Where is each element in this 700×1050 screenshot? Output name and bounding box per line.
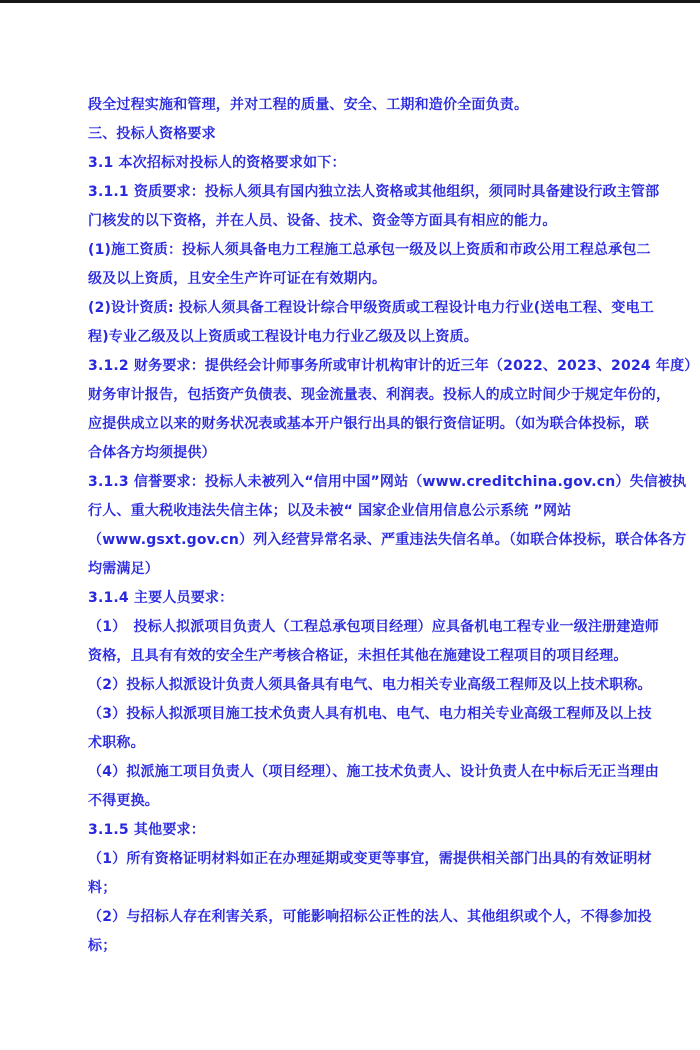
text-line: 程)专业乙级及以上资质或工程设计电力行业乙级及以上资质。 [88, 323, 615, 352]
text-line: 料； [88, 874, 615, 903]
text-line: 3.1.4 主要人员要求： [88, 584, 615, 613]
page-top-border [0, 0, 700, 3]
text-line: 门核发的以下资格，并在人员、设备、技术、资金等方面具有相应的能力。 [88, 207, 615, 236]
text-line: 资格，且具有有效的安全生产考核合格证，未担任其他在施建设工程项目的项目经理。 [88, 642, 615, 671]
text-line: （4）拟派施工项目负责人（项目经理）、施工技术负责人、设计负责人在中标后无正当理… [88, 758, 615, 787]
text-line: 级及以上资质，且安全生产许可证在有效期内。 [88, 265, 615, 294]
section-heading: 三、投标人资格要求 [88, 120, 615, 149]
text-line: (1)施工资质：投标人须具备电力工程施工总承包一级及以上资质和市政公用工程总承包… [88, 236, 615, 265]
text-line: 合体各方均须提供） [88, 439, 615, 468]
text-line: 3.1.1 资质要求：投标人须具有国内独立法人资格或其他组织，须同时具备建设行政… [88, 178, 615, 207]
text-line: 3.1 本次招标对投标人的资格要求如下： [88, 149, 615, 178]
text-line: 3.1.5 其他要求： [88, 816, 615, 845]
text-line: （1）所有资格证明材料如正在办理延期或变更等事宜，需提供相关部门出具的有效证明材 [88, 845, 615, 874]
text-line: 3.1.2 财务要求：提供经会计师事务所或审计机构审计的近三年（2022、202… [88, 352, 615, 381]
text-line: （1） 投标人拟派项目负责人（工程总承包项目经理）应具备机电工程专业一级注册建造… [88, 613, 615, 642]
text-line: 术职称。 [88, 729, 615, 758]
text-line: 行人、重大税收违法失信主体；以及未被“ 国家企业信用信息公示系统 ”网站 [88, 497, 615, 526]
text-line: 3.1.3 信誉要求：投标人未被列入“信用中国”网站（www.creditchi… [88, 468, 615, 497]
text-line: 不得更换。 [88, 787, 615, 816]
text-line: （2）投标人拟派设计负责人须具备具有电气、电力相关专业高级工程师及以上技术职称。 [88, 671, 615, 700]
document-body: 段全过程实施和管理，并对工程的质量、安全、工期和造价全面负责。 三、投标人资格要… [88, 91, 615, 961]
text-line: （2）与招标人存在利害关系，可能影响招标公正性的法人、其他组织或个人，不得参加投 [88, 903, 615, 932]
text-line: 财务审计报告，包括资产负债表、现金流量表、利润表。投标人的成立时间少于规定年份的… [88, 381, 615, 410]
text-line: （www.gsxt.gov.cn）列入经营异常名录、严重违法失信名单。（如联合体… [88, 526, 615, 555]
text-line: （3）投标人拟派项目施工技术负责人具有机电、电气、电力相关专业高级工程师及以上技 [88, 700, 615, 729]
text-line: 段全过程实施和管理，并对工程的质量、安全、工期和造价全面负责。 [88, 91, 615, 120]
document-page: 段全过程实施和管理，并对工程的质量、安全、工期和造价全面负责。 三、投标人资格要… [0, 0, 700, 1050]
text-line: 标； [88, 932, 615, 961]
text-line: 应提供成立以来的财务状况表或基本开户银行出具的银行资信证明。（如为联合体投标，联 [88, 410, 615, 439]
text-line: (2)设计资质: 投标人须具备工程设计综合甲级资质或工程设计电力行业(送电工程、… [88, 294, 615, 323]
text-line: 均需满足） [88, 555, 615, 584]
